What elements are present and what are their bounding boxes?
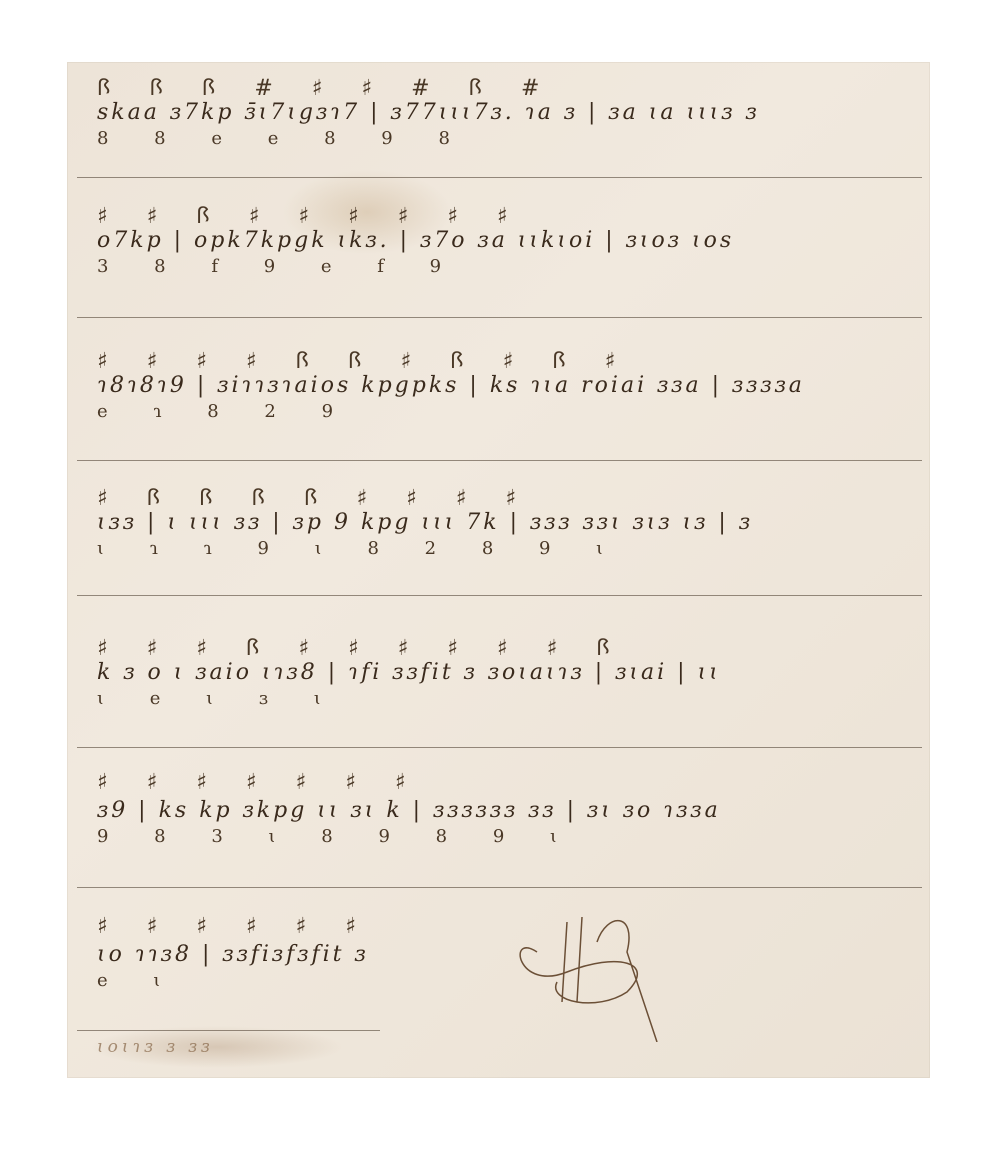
staff-rule bbox=[77, 595, 922, 596]
tablature-system-6: ♯ ♯ ♯ ♯ ♯ ♯ ♯ ɜ9 | ks kp ɜkpg ɩɩ ɜɩ k | … bbox=[97, 770, 910, 850]
tablature-letters: o7kp | opk7kpgk ɩkɜ. | ɜ7o ɜa ɩɩkɩoi | ɜ… bbox=[97, 228, 910, 256]
rhythm-signs: ꟗ ꟗ ꟗ # ♯ ♯ # ꟗ # bbox=[97, 72, 910, 100]
staff-rule bbox=[77, 177, 922, 178]
tablature-system-4: ♯ ꟗ ꟗ ꟗ ꟗ ♯ ♯ ♯ ♯ ɩɜɜ | ɩ ɩɩɩ ɜɜ | ɜp 9 … bbox=[97, 482, 910, 562]
rhythm-signs: ♯ ♯ ♯ ♯ ꟗ ꟗ ♯ ꟗ ♯ ꟗ ♯ bbox=[97, 345, 910, 373]
rhythm-signs: ♯ ♯ ♯ ꟗ ♯ ♯ ♯ ♯ ♯ ♯ ꟗ bbox=[97, 632, 910, 660]
rhythm-signs: ♯ ♯ ꟗ ♯ ♯ ♯ ♯ ♯ ♯ bbox=[97, 200, 910, 228]
tablature-system-2: ♯ ♯ ꟗ ♯ ♯ ♯ ♯ ♯ ♯ o7kp | opk7kpgk ɩkɜ. |… bbox=[97, 200, 910, 280]
tablature-letters: ɩo ɿɿɜ8 | ɜɜfiɜfɜfit ɜ bbox=[97, 942, 450, 970]
staff-rule bbox=[77, 747, 922, 748]
tablature-system-5: ♯ ♯ ♯ ꟗ ♯ ♯ ♯ ♯ ♯ ♯ ꟗ k ɜ o ɩ ɜaio ɩɿɜ8 … bbox=[97, 632, 910, 712]
tablature-letters: k ɜ o ɩ ɜaio ɩɿɜ8 | ɿfi ɜɜfit ɜ ɜoɩaɩɿɜ … bbox=[97, 660, 910, 688]
footer-annotation: ɩoɩɿɜ ɜ ɜɜ bbox=[97, 1037, 214, 1057]
bass-letters: 3 8 f 9 e f 9 bbox=[97, 256, 910, 280]
bass-letters: 9 8 3 ɩ 8 9 8 9 ɩ bbox=[97, 826, 910, 850]
bass-letters: ɩ ɿ ɿ 9 ɩ 8 2 8 9 ɩ bbox=[97, 538, 910, 562]
tablature-system-3: ♯ ♯ ♯ ♯ ꟗ ꟗ ♯ ꟗ ♯ ꟗ ♯ ɿ8ɿ8ɿ9 | ɜiɿɿɜɿaio… bbox=[97, 345, 910, 425]
staff-rule bbox=[77, 887, 922, 888]
bass-letters: 8 8 e e 8 9 8 bbox=[97, 128, 910, 152]
rhythm-signs: ♯ ♯ ♯ ♯ ♯ ♯ bbox=[97, 914, 450, 942]
staff-rule bbox=[77, 317, 922, 318]
signature-flourish-icon bbox=[507, 902, 677, 1042]
tablature-letters: skaa ɜ7kp ɜ̄ɩ7ɩgɜɿ7 | ɜ77ɩɩɩ7ɜ. ɿa ɜ | ɜ… bbox=[97, 100, 910, 128]
staff-rule bbox=[77, 460, 922, 461]
bass-letters: e ɩ bbox=[97, 970, 450, 994]
tablature-system-1: ꟗ ꟗ ꟗ # ♯ ♯ # ꟗ # skaa ɜ7kp ɜ̄ɩ7ɩgɜɿ7 | … bbox=[97, 72, 910, 152]
tablature-system-7: ♯ ♯ ♯ ♯ ♯ ♯ ɩo ɿɿɜ8 | ɜɜfiɜfɜfit ɜ e ɩ bbox=[97, 914, 450, 994]
bass-letters: ɩ e ɩ ɜ ɩ bbox=[97, 688, 910, 712]
tablature-letters: ɜ9 | ks kp ɜkpg ɩɩ ɜɩ k | ɜɜɜɜɜɜ ɜɜ | ɜɩ… bbox=[97, 798, 910, 826]
rhythm-signs: ♯ ♯ ♯ ♯ ♯ ♯ ♯ bbox=[97, 770, 910, 798]
tablature-letters: ɩɜɜ | ɩ ɩɩɩ ɜɜ | ɜp 9 kpg ɩɩɩ 7k | ɜɜɜ ɜ… bbox=[97, 510, 910, 538]
bass-letters: e ɿ 8 2 9 bbox=[97, 401, 910, 425]
manuscript-page: ꟗ ꟗ ꟗ # ♯ ♯ # ꟗ # skaa ɜ7kp ɜ̄ɩ7ɩgɜɿ7 | … bbox=[67, 62, 930, 1078]
rhythm-signs: ♯ ꟗ ꟗ ꟗ ꟗ ♯ ♯ ♯ ♯ bbox=[97, 482, 910, 510]
staff-rule bbox=[77, 1030, 380, 1031]
tablature-letters: ɿ8ɿ8ɿ9 | ɜiɿɿɜɿaios kpgpks | ks ɿɩa roia… bbox=[97, 373, 910, 401]
